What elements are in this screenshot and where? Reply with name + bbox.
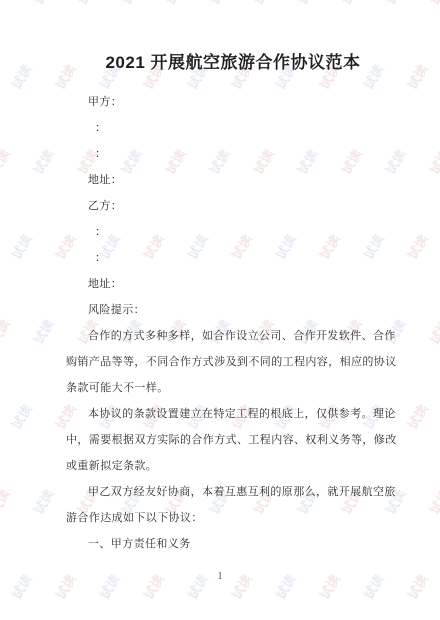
document-title: 2021 开展航空旅游合作协议范本 [66,51,374,75]
document-line: ： [66,219,375,245]
document-line: 合作的方式多种多样，如合作设立公司、合作开发软件、合作 [66,323,375,349]
document-line: 地址： [66,167,375,193]
document-line: 地址： [66,271,375,297]
document-body: 甲方：：：地址：乙方：：：地址：风险提示：合作的方式多种多样，如合作设立公司、合… [66,89,375,557]
trial-read-watermark: 试读 [28,145,57,177]
document-line: 乙方： [66,193,375,219]
trial-read-watermark: 试读 [0,485,14,517]
trial-read-watermark: 试读 [6,230,35,262]
trial-read-watermark: 试读 [424,315,440,347]
trial-read-watermark: 试读 [336,0,365,8]
document-line: 甲方： [66,89,375,115]
trial-read-watermark: 试读 [28,0,57,8]
document-line: ： [66,245,375,271]
trial-read-watermark: 试读 [402,60,431,92]
trial-read-watermark: 试读 [72,0,101,8]
trial-read-watermark: 试读 [402,400,431,432]
document-line: 游合作达成如下以下协议： [66,505,375,531]
trial-read-watermark: 试读 [402,230,431,262]
trial-read-watermark: 试读 [380,145,409,177]
trial-read-watermark: 试读 [6,60,35,92]
trial-read-watermark: 试读 [0,0,14,8]
document-line: 本协议的条款设置建立在特定工程的根底上，仅供参考。理论 [66,401,375,427]
trial-read-watermark: 试读 [424,145,440,177]
document-line: 条款可能大不一样。 [66,375,375,401]
trial-read-watermark: 试读 [0,315,14,347]
document-line: ： [66,141,375,167]
document-line: 一、甲方责任和义务 [66,531,375,557]
document-line: 甲乙双方经友好协商，本着互惠互利的原那么，就开展航空旅 [66,479,375,505]
document-line: ： [66,115,375,141]
trial-read-watermark: 试读 [160,0,189,8]
trial-read-watermark: 试读 [0,145,14,177]
trial-read-watermark: 试读 [380,0,409,8]
trial-read-watermark: 试读 [28,315,57,347]
document-line: 风险提示： [66,297,375,323]
trial-read-watermark: 试读 [204,0,233,8]
trial-read-watermark: 试读 [116,0,145,8]
document-page: 试读试读试读试读试读试读试读试读试读试读试读试读试读试读试读试读试读试读试读试读… [0,0,440,620]
trial-read-watermark: 试读 [424,485,440,517]
document-line: 购销产品等等，不同合作方式涉及到不同的工程内容，相应的协议 [66,349,375,375]
page-number: 1 [0,570,440,584]
trial-read-watermark: 试读 [28,485,57,517]
trial-read-watermark: 试读 [424,0,440,8]
trial-read-watermark: 试读 [248,0,277,8]
document-line: 中，需要根据双方实际的合作方式、工程内容、权利义务等，修改 [66,427,375,453]
document-line: 或重新拟定条款。 [66,453,375,479]
trial-read-watermark: 试读 [292,0,321,8]
trial-read-watermark: 试读 [6,400,35,432]
